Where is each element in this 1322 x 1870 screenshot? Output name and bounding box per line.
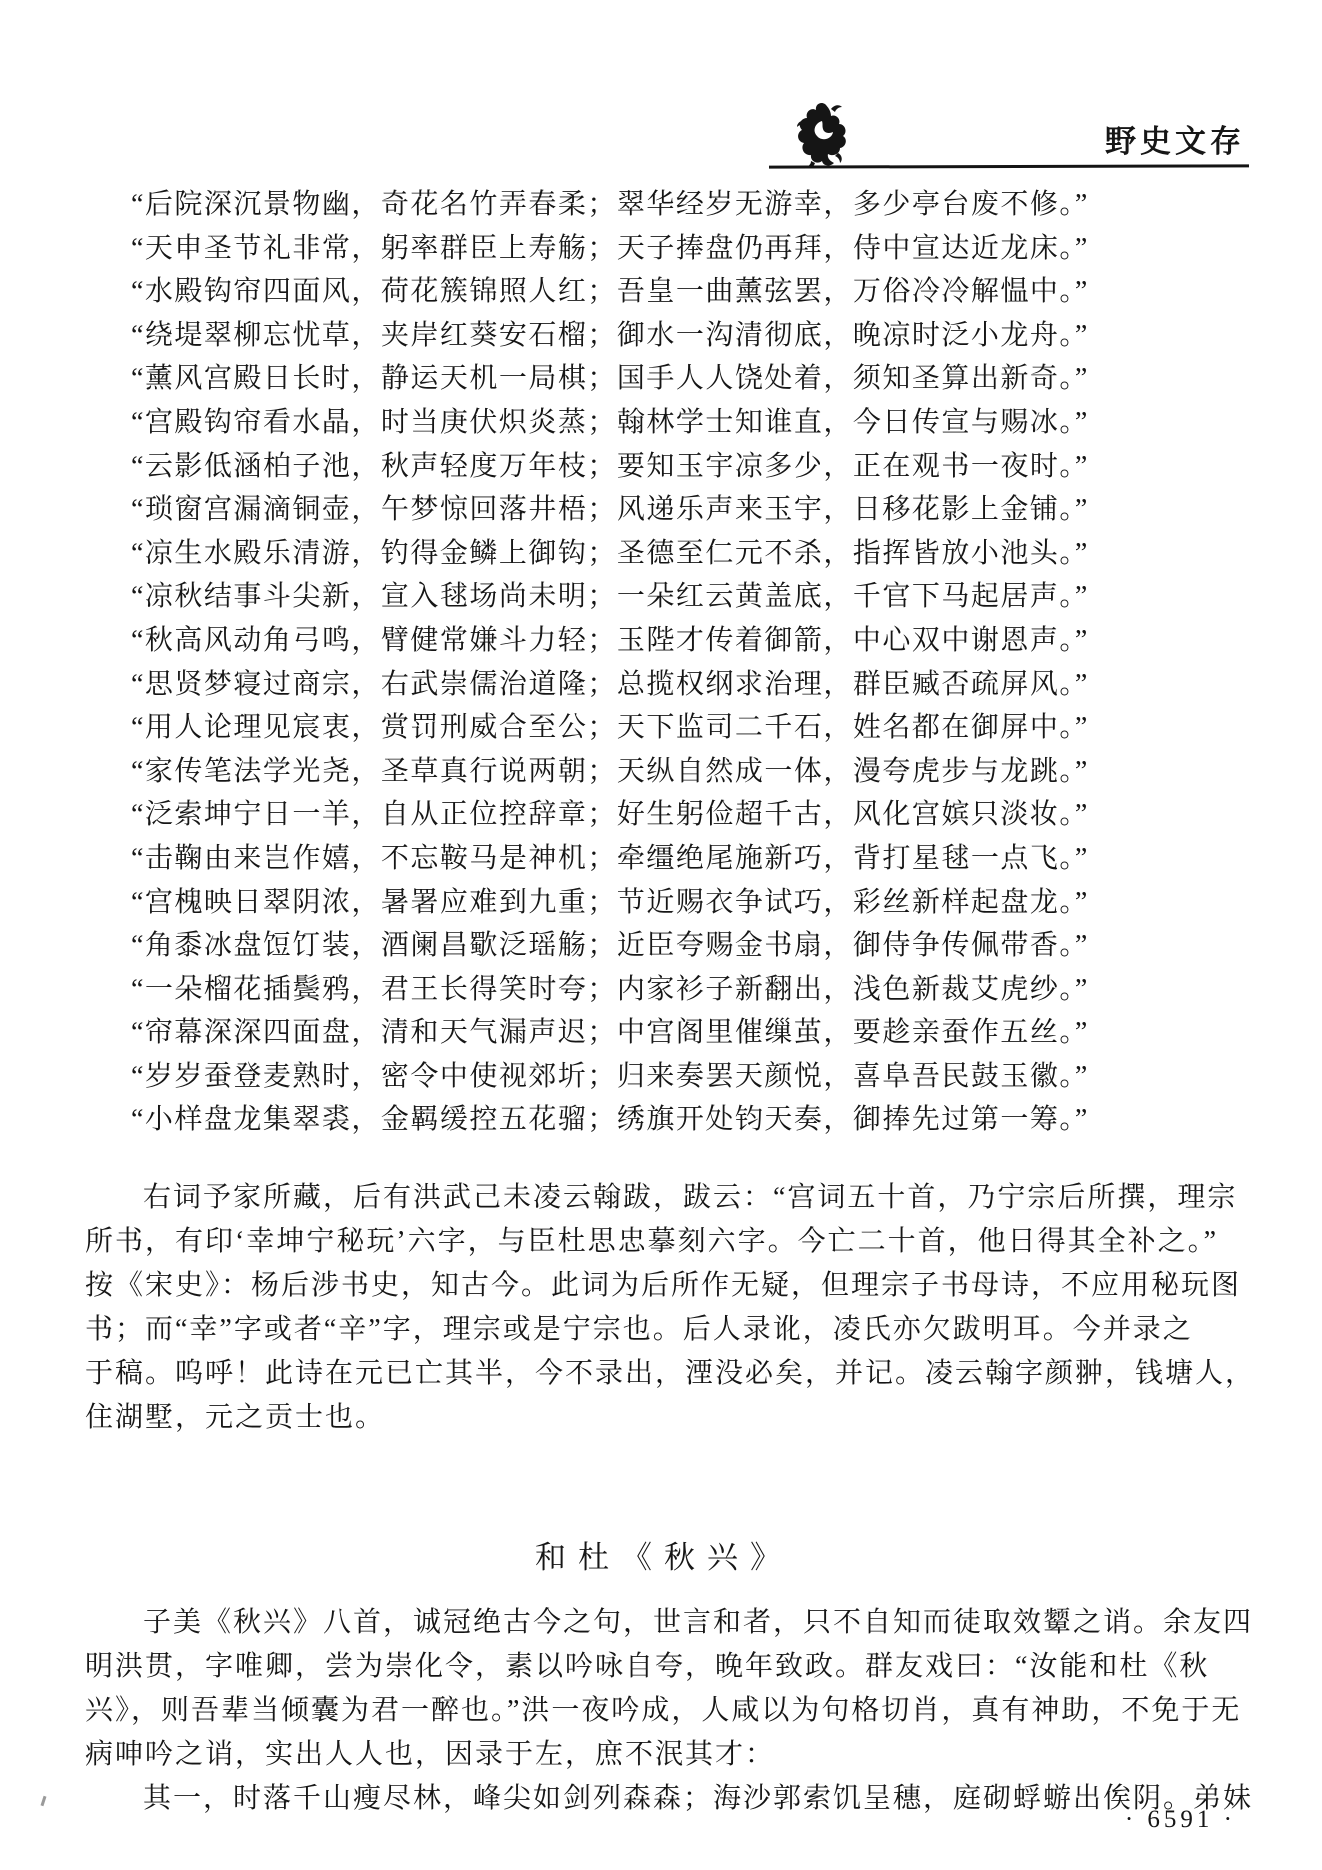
poem-line: “绕堤翠柳忘忧草，夹岸红葵安石榴；御水一沟清彻底，晚凉时泛小龙舟。” [131,314,1243,358]
poem-line: “琐窗宫漏滴铜壶，午梦惊回落井梧；风递乐声来玉宇，日移花影上金铺。” [131,488,1243,532]
poem-line: “岁岁蚕登麦熟时，密令中使视郊圻；归来奏罢天颜悦，喜阜吾民鼓玉徽。” [131,1055,1243,1099]
poem-line: “宫殿钩帘看水晶，时当庚伏炽炎蒸；翰林学士知谁直，今日传宣与赐冰。” [131,401,1243,445]
poem-line: “思贤梦寝过商宗，右武崇儒治道隆；总揽权纲求治理，群臣臧否疏屏风。” [131,663,1243,707]
essay-line: 病呻吟之诮，实出人人也，因录于左，庶不泯其才： [85,1733,1243,1777]
colophon-line: 所书，有印‘幸坤宁秘玩’六字，与臣杜思忠摹刻六字。今亡二十首，他日得其全补之。” [85,1220,1243,1264]
poem-line: “家传笔法学光尧，圣草真行说两朝；天纵自然成一体，漫夸虎步与龙跳。” [131,750,1243,794]
poem-line: “水殿钩帘四面风，荷花簇锦照人红；吾皇一曲薰弦罢，万俗冷冷解愠中。” [131,270,1243,314]
page-number: · 6591 · [1125,1806,1236,1834]
colophon-line: 住湖墅，元之贡士也。 [85,1396,1243,1440]
page-content: “后院深沉景物幽，奇花名竹弄春柔；翠华经岁无游幸，多少亭台废不修。” “天申圣节… [85,183,1243,1821]
poem-line: “用人论理见宸衷，赏罚刑威合至公；天下监司二千石，姓名都在御屏中。” [131,706,1243,750]
poem-line: “宫槐映日翠阴浓，暑署应难到九重；节近赐衣争试巧，彩丝新样起盘龙。” [131,881,1243,925]
essay-line: 明洪贯，字唯卿，尝为崇化令，素以吟咏自夸，晚年致政。群友戏曰：“汝能和杜《秋 [85,1645,1243,1689]
dragon-ornament-icon [791,101,853,171]
essay-line: 其一，时落千山瘦尽林，峰尖如剑列森森；海沙郭索饥呈穗，庭砌蜉蝣出俟阴。弟妹 [85,1777,1243,1821]
essay-paragraph: 子美《秋兴》八首，诚冠绝古今之句，世言和者，只不自知而徒取效颦之诮。余友四 明洪… [85,1601,1243,1821]
poem-line: “泛索坤宁日一羊，自从正位控辞章；好生躬俭超千古，风化宫嫔只淡妆。” [131,793,1243,837]
header-rule [769,164,1249,168]
poem-line: “天申圣节礼非常，躬率群臣上寿觞；天子捧盘仍再拜，侍中宣达近龙床。” [131,227,1243,271]
poem-line: “云影低涵柏子池，秋声轻度万年枝；要知玉宇凉多少，正在观书一夜时。” [131,445,1243,489]
section-title: 和杜《秋兴》 [85,1535,1243,1581]
colophon-line: 书；而“幸”字或者“辛”字，理宗或是宁宗也。后人录讹，凌氏亦欠跋明耳。今并录之 [85,1308,1243,1352]
poem-line: “后院深沉景物幽，奇花名竹弄春柔；翠华经岁无游幸，多少亭台废不修。” [131,183,1243,227]
poem-line: “薰风宫殿日长时，静运天机一局棋；国手人人饶处着，须知圣算出新奇。” [131,357,1243,401]
poem-line: “凉秋结事斗尖新，宣入毬场尚未明；一朵红云黄盖底，千官下马起居声。” [131,575,1243,619]
palace-poems-block: “后院深沉景物幽，奇花名竹弄春柔；翠华经岁无游幸，多少亭台废不修。” “天申圣节… [131,183,1243,1142]
poem-line: “凉生水殿乐清游，钓得金鳞上御钩；圣德至仁元不杀，指挥皆放小池头。” [131,532,1243,576]
poem-line: “角黍冰盘饾饤装，酒阑昌歜泛瑶觞；近臣夸赐金书扇，御侍争传佩带香。” [131,924,1243,968]
running-head-title: 野史文存 [1105,116,1245,161]
scan-artifact [41,1796,47,1806]
colophon-line: 按《宋史》：杨后涉书史，知古今。此词为后所作无疑，但理宗子书母诗，不应用秘玩图 [85,1264,1243,1308]
poem-line: “小样盘龙集翠裘，金羁缓控五花骝；绣旗开处钧天奏，御捧先过第一筹。” [131,1098,1243,1142]
book-page: 野史文存 “后院深沉景物幽，奇花名竹弄春柔；翠华经岁无游幸，多少亭台废不修。” … [0,0,1322,1870]
colophon-paragraph: 右词予家所藏，后有洪武己未凌云翰跋，跋云：“宫词五十首，乃宁宗后所撰，理宗 所书… [85,1176,1243,1440]
essay-line: 兴》，则吾辈当倾囊为君一醉也。”洪一夜吟成，人咸以为句格切肖，真有神助，不免于无 [85,1689,1243,1733]
colophon-line: 右词予家所藏，后有洪武己未凌云翰跋，跋云：“宫词五十首，乃宁宗后所撰，理宗 [85,1176,1243,1220]
poem-line: “帘幕深深四面盘，清和天气漏声迟；中宫阁里催缫茧，要趁亲蚕作五丝。” [131,1011,1243,1055]
colophon-line: 于稿。呜呼！此诗在元已亡其半，今不录出，湮没必矣，并记。凌云翰字颜翀，钱塘人， [85,1352,1243,1396]
poem-line: “击鞠由来岂作嬉，不忘鞍马是神机；牵缰绝尾施新巧，背打星毬一点飞。” [131,837,1243,881]
poem-line: “一朵榴花插鬓鸦，君王长得笑时夸；内家衫子新翻出，浅色新裁艾虎纱。” [131,968,1243,1012]
poem-line: “秋高风动角弓鸣，臂健常嫌斗力轻；玉陛才传着御箭，中心双中谢恩声。” [131,619,1243,663]
essay-line: 子美《秋兴》八首，诚冠绝古今之句，世言和者，只不自知而徒取效颦之诮。余友四 [85,1601,1243,1645]
